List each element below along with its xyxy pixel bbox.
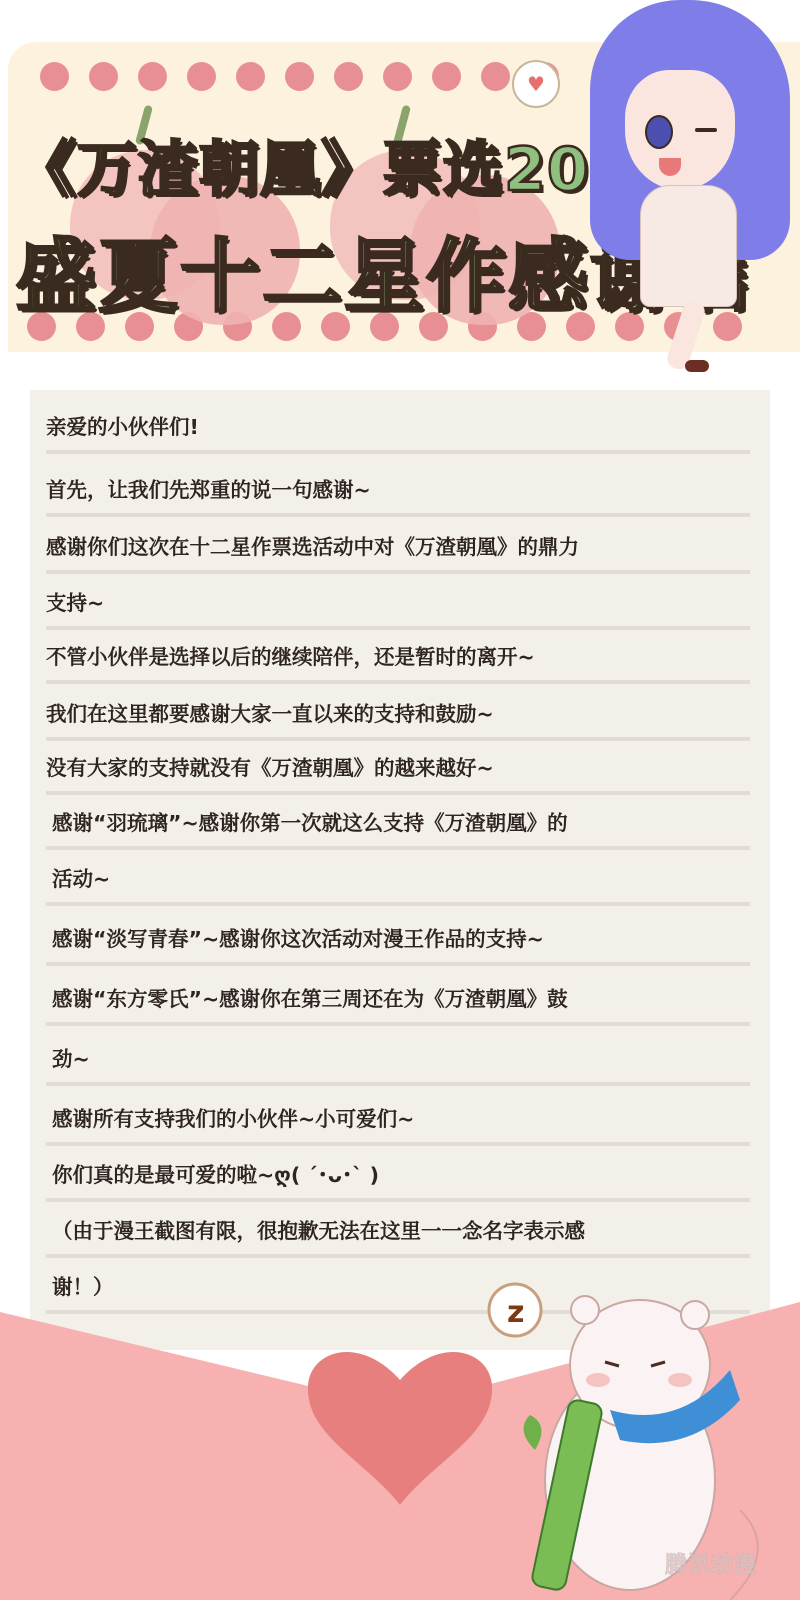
heart-speech-bubble-icon: ♥ <box>512 60 560 108</box>
ruled-line <box>46 902 750 906</box>
letter-line: 你们真的是最可爱的啦~ღ( ´･ᴗ･` ) <box>46 1146 750 1202</box>
letter-line: 感谢“东方零氏”~感谢你在第三周还在为《万渣朝凰》鼓 <box>46 970 750 1026</box>
title-line-1: 《万渣朝凰》票选2019 <box>16 122 675 208</box>
pink-dot <box>383 62 412 91</box>
girl-eye <box>645 115 673 149</box>
girl-wink-eye <box>695 128 717 132</box>
letter-line-text: 不管小伙伴是选择以后的继续陪伴，还是暂时的离开~ <box>46 640 535 670</box>
ruled-line <box>46 1022 750 1026</box>
letter-line: 我们在这里都要感谢大家一直以来的支持和鼓励~ <box>46 685 750 741</box>
pink-dot <box>334 62 363 91</box>
letter-line-text: 劲~ <box>52 1042 90 1072</box>
letter-line-text: 感谢所有支持我们的小伙伴~小可爱们~ <box>52 1102 414 1132</box>
letter-line-text: 感谢你们这次在十二星作票选活动中对《万渣朝凰》的鼎力 <box>46 530 579 560</box>
ruled-line <box>46 513 750 517</box>
letter-line: 感谢“淡写青春”~感谢你这次活动对漫王作品的支持~ <box>46 910 750 966</box>
letter-line: 首先，让我们先郑重的说一句感谢~ <box>46 461 750 517</box>
letter-line-text: 活动~ <box>52 862 110 892</box>
letter-line: 劲~ <box>46 1030 750 1086</box>
letter-line-text: 你们真的是最可爱的啦~ღ( ´･ᴗ･` ) <box>52 1158 379 1188</box>
anime-girl-illustration <box>580 0 795 380</box>
svg-text:z: z <box>507 1295 524 1330</box>
ruled-line <box>46 680 750 684</box>
girl-mouth <box>659 158 681 176</box>
pink-dot <box>187 62 216 91</box>
letter-line-text: 支持~ <box>46 586 104 616</box>
letter-line: 感谢“羽琉璃”~感谢你第一次就这么支持《万渣朝凰》的 <box>46 794 750 850</box>
pink-dot <box>285 62 314 91</box>
letter-line-text: 感谢“淡写青春”~感谢你这次活动对漫王作品的支持~ <box>52 922 544 952</box>
letter-line-text: 首先，让我们先郑重的说一句感谢~ <box>46 473 371 503</box>
letter-line: （由于漫王截图有限，很抱歉无法在这里一一念名字表示感 <box>46 1202 750 1258</box>
letter-line-text: 没有大家的支持就没有《万渣朝凰》的越来越好~ <box>46 751 494 781</box>
letter-line-text: 我们在这里都要感谢大家一直以来的支持和鼓励~ <box>46 697 494 727</box>
letter-line-text: 亲爱的小伙伴们! <box>46 410 199 440</box>
letter-line-text: （由于漫王截图有限，很抱歉无法在这里一一念名字表示感 <box>52 1214 585 1244</box>
watermark-logo: 腾讯动漫 <box>665 1548 757 1579</box>
girl-shoe <box>685 360 709 372</box>
ruled-line <box>46 962 750 966</box>
pink-dot <box>40 62 69 91</box>
pink-dot <box>481 62 510 91</box>
girl-sweater <box>640 185 737 307</box>
letter-line: 感谢你们这次在十二星作票选活动中对《万渣朝凰》的鼎力 <box>46 518 750 574</box>
letter-line: 亲爱的小伙伴们! <box>46 398 750 454</box>
ruled-line <box>46 1082 750 1086</box>
girl-face <box>625 70 735 190</box>
letter-line: 感谢所有支持我们的小伙伴~小可爱们~ <box>46 1090 750 1146</box>
letter-line: 支持~ <box>46 574 750 630</box>
pink-dot <box>236 62 265 91</box>
letter-line-text: 感谢“羽琉璃”~感谢你第一次就这么支持《万渣朝凰》的 <box>52 806 568 836</box>
letter-line-text: 感谢“东方零氏”~感谢你在第三周还在为《万渣朝凰》鼓 <box>52 982 568 1012</box>
letter-line: 活动~ <box>46 850 750 906</box>
pink-dot <box>432 62 461 91</box>
pink-dot <box>89 62 118 91</box>
letter-paper: 亲爱的小伙伴们!首先，让我们先郑重的说一句感谢~感谢你们这次在十二星作票选活动中… <box>30 390 770 1350</box>
ruled-line <box>46 450 750 454</box>
letter-line: 没有大家的支持就没有《万渣朝凰》的越来越好~ <box>46 739 750 795</box>
heart-icon: ♥ <box>527 72 545 96</box>
letter-line: 不管小伙伴是选择以后的继续陪伴，还是暂时的离开~ <box>46 628 750 684</box>
heart-icon <box>305 1340 495 1510</box>
pink-dot <box>138 62 167 91</box>
